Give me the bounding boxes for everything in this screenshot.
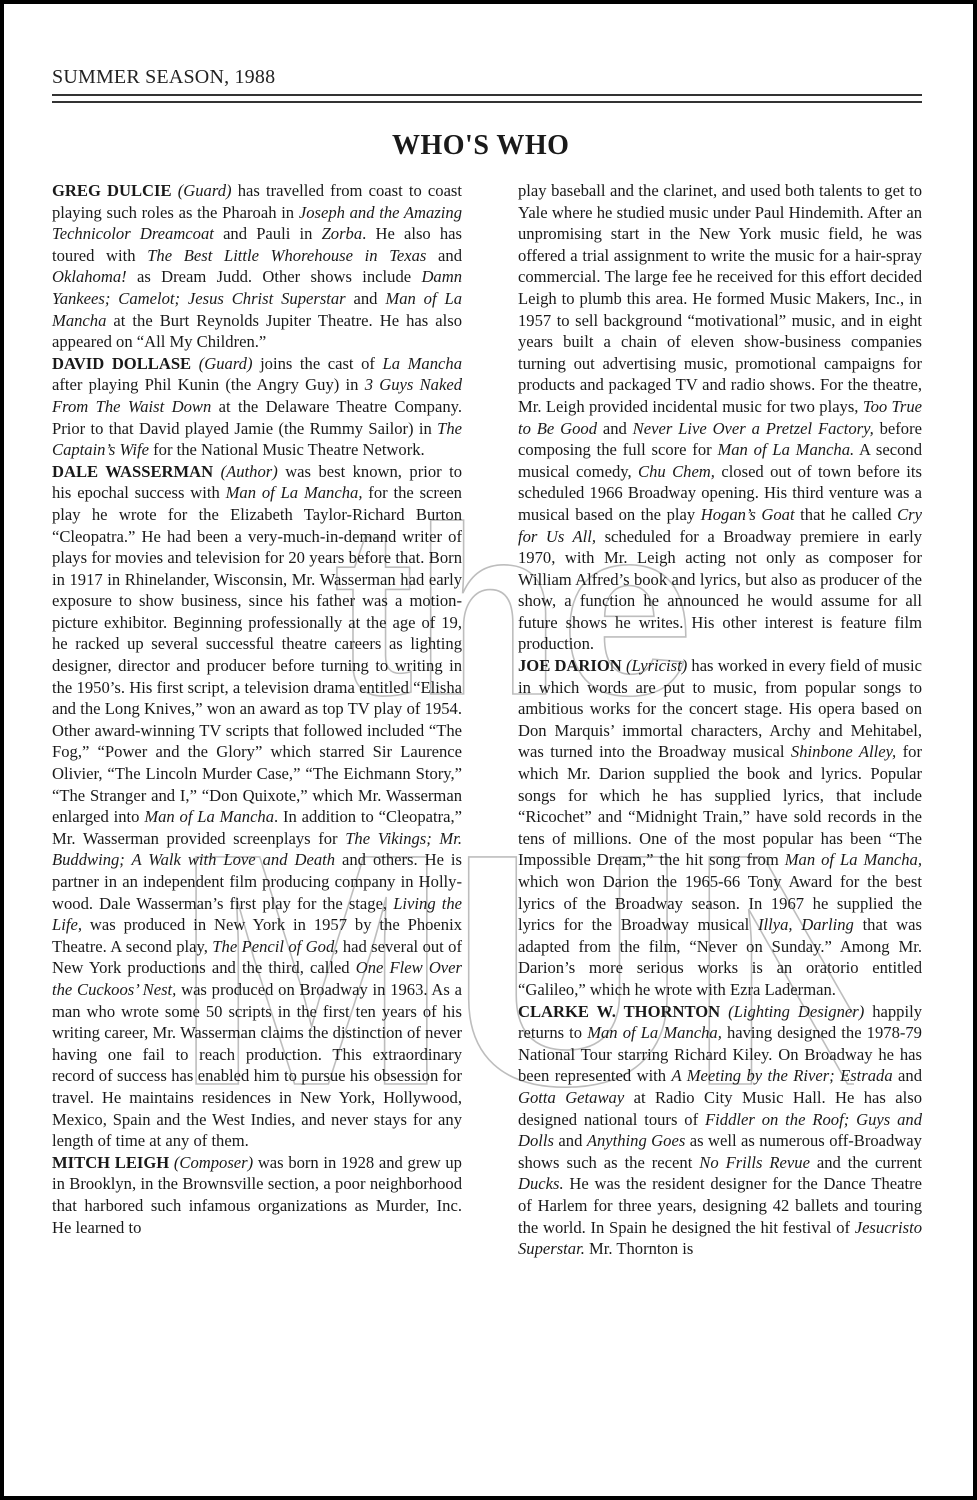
bio-entry: DAVID DOLLASE (Guard) joins the cast of … [52,353,462,461]
bio-title-italic: The Pen­cil of God, [212,937,338,956]
bio-text: as Dream Judd. Other shows include [127,267,422,286]
bio-title-italic: Zorba [322,224,363,243]
bio-title-italic: Man of La Mancha, [587,1023,722,1042]
bio-title-italic: Man of La Mancha [144,807,274,826]
header-rule-top [52,94,922,96]
header-rule-bottom [52,101,922,103]
page-title: WHO'S WHO [392,130,569,162]
bio-title-italic: Oklahoma! [52,267,127,286]
bio-role: (Lyricist) [626,656,687,675]
bio-title-italic: Gotta Getaway [518,1088,624,1107]
bio-text: after playing Phil Kunin (the Angry Guy)… [52,375,365,394]
bio-entry: JOE DARION (Lyricist) has worked in ever… [518,655,922,1001]
bio-role: (Author) [221,462,278,481]
bio-title-italic: The Best Little Whorehouse in Texas [147,246,426,265]
bio-title-italic: Man of La Mancha, [785,850,922,869]
bio-title-italic: Ducks. [518,1174,564,1193]
bio-title-italic: Chu Chem, [638,462,715,481]
bio-role: (Composer) [174,1153,253,1172]
right-column: play baseball and the clarinet, and used… [518,180,922,1260]
bio-text: for the National Music Theatre Network. [149,440,425,459]
bio-title-italic: Hogan’s Goat [701,505,795,524]
bio-text: was produced on Broadway in 1963. As a m… [52,980,462,1150]
bio-role: (Guard) [199,354,253,373]
bio-text: that he called [795,505,898,524]
bio-name: MITCH LEIGH [52,1153,169,1172]
bio-text: and [893,1066,922,1085]
bio-name: JOE DARION [518,656,622,675]
bio-text: and [597,419,633,438]
bio-title-italic: La Mancha [383,354,462,373]
bio-title-italic: Shinbone Alley, [791,742,896,761]
bio-name: GREG DULCIE [52,181,172,200]
left-column: GREG DULCIE (Guard) has travelled from c… [52,180,462,1238]
bio-name: DAVID DOLLASE [52,354,191,373]
bio-name: DALE WASSERMAN [52,462,213,481]
running-head: SUMMER SEASON, 1988 [52,66,275,89]
bio-title-italic: Illya, Darling [758,915,854,934]
bio-title-italic: Man of La Mancha. [717,440,854,459]
bio-entry: CLARKE W. THORNTON (Lighting Designer) h… [518,1001,922,1260]
bio-name: CLARKE W. THORNTON [518,1002,720,1021]
bio-text: and Pauli in [214,224,322,243]
bio-text: and [346,289,386,308]
bio-text: joins the cast of [253,354,383,373]
bio-entry: play baseball and the clarinet, and used… [518,180,922,655]
bio-text: for the screen play he wrote for the Eli… [52,483,462,826]
bio-role: (Lighting Designer) [728,1002,864,1021]
bio-title-italic: Man of La Man­cha, [226,483,363,502]
bio-entry: MITCH LEIGH (Composer) was born in 1928 … [52,1152,462,1238]
bio-title-italic: A Meeting by the River; Estrada [672,1066,893,1085]
bio-text: and [554,1131,587,1150]
bio-title-italic: No Frills Revue [699,1153,810,1172]
bio-text: and [426,246,462,265]
bio-title-italic: Never Live Over a Pretzel Factory, [633,419,874,438]
bio-title-italic: Anything Goes [587,1131,685,1150]
program-page: SUMMER SEASON, 1988 WHO'S WHO the MUNY G… [0,0,977,1500]
bio-role: (Guard) [178,181,232,200]
bio-text: Mr. Thornton is [585,1239,693,1258]
bio-entry: DALE WASSERMAN (Author) was best known, … [52,461,462,1152]
bio-text: play baseball and the clarinet, and used… [518,181,922,416]
bio-text: at the Burt Reynolds Jupiter Theatre. He… [52,311,462,352]
bio-entry: GREG DULCIE (Guard) has travelled from c… [52,180,462,353]
bio-text: and the current [810,1153,922,1172]
